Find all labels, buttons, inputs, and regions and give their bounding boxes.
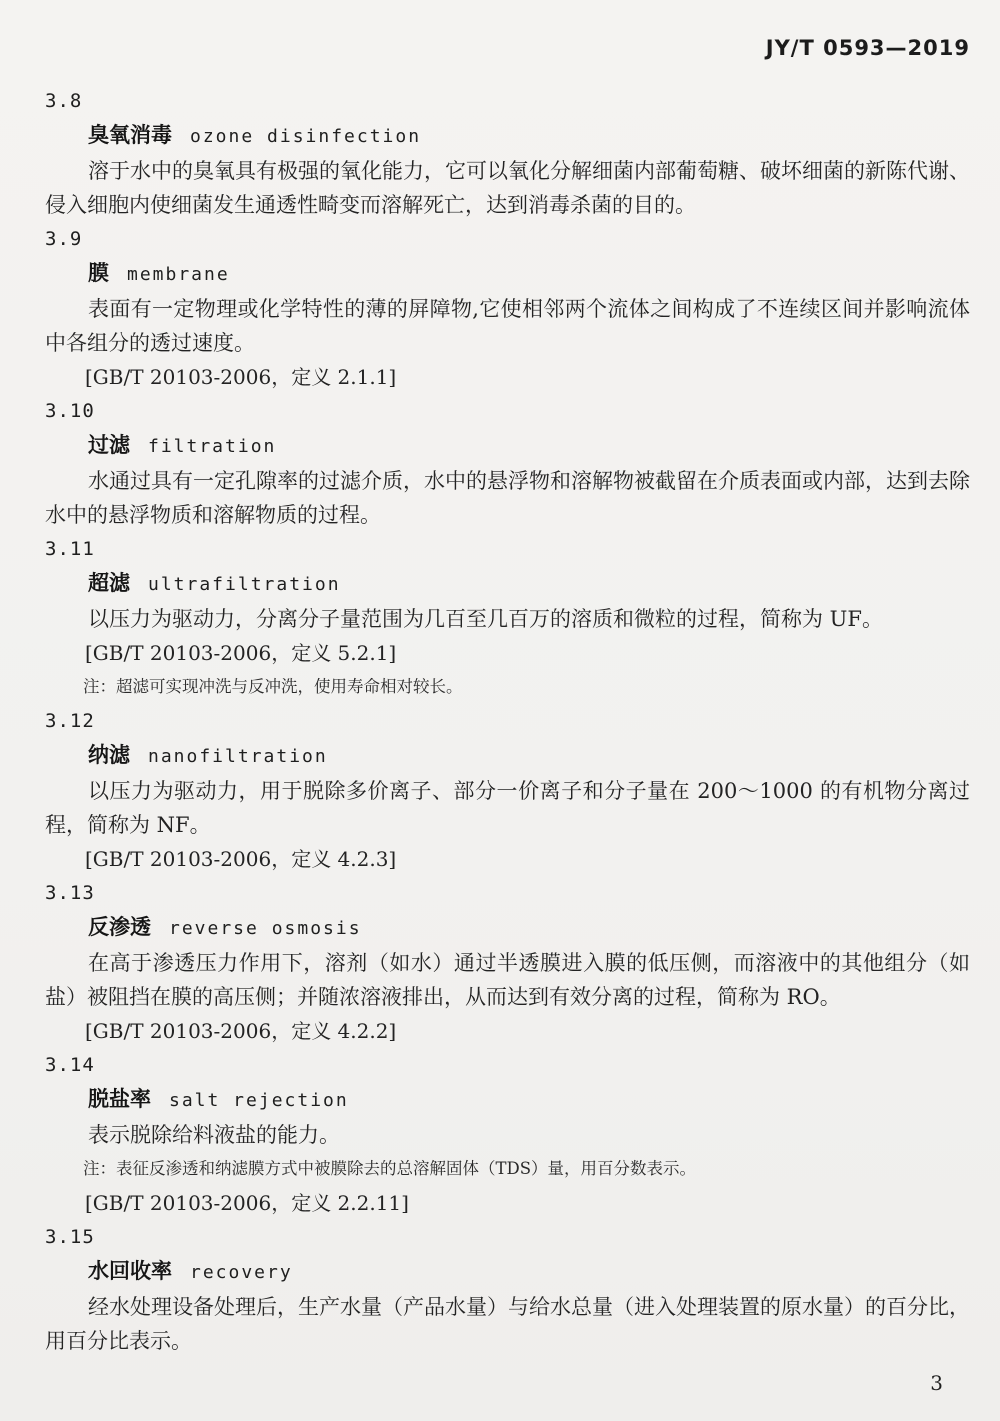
term-heading: 脱盐率salt rejection (45, 1082, 970, 1118)
term-heading: 反渗透reverse osmosis (45, 910, 970, 946)
term-section: 3.15 水回收率recovery 经水处理设备处理后，生产水量（产品水量）与给… (45, 1220, 970, 1358)
term-heading: 水回收率recovery (45, 1254, 970, 1290)
section-body: 表示脱除给料液盐的能力。注：表征反渗透和纳滤膜方式中被膜除去的总溶解固体（TDS… (45, 1118, 970, 1220)
document-page: JY/T 0593—2019 3.8 臭氧消毒ozone disinfectio… (0, 0, 1000, 1421)
source-reference: [GB/T 20103-2006，定义 4.2.3] (45, 842, 970, 876)
term-en-label: membrane (127, 264, 230, 285)
term-zh-label: 脱盐率 (88, 1087, 151, 1111)
term-heading: 纳滤nanofiltration (45, 738, 970, 774)
term-heading: 膜membrane (45, 256, 970, 292)
standard-number: JY/T 0593—2019 (766, 36, 970, 60)
definition-paragraph: 水通过具有一定孔隙率的过滤介质，水中的悬浮物和溶解物被截留在介质表面或内部，达到… (45, 464, 970, 532)
note-line: 注：超滤可实现冲洗与反冲洗，使用寿命相对较长。 (45, 670, 970, 704)
term-zh-label: 水回收率 (88, 1259, 172, 1283)
definition-paragraph: 表面有一定物理或化学特性的薄的屏障物,它使相邻两个流体之间构成了不连续区间并影响… (45, 292, 970, 360)
section-body: 以压力为驱动力，分离分子量范围为几百至几百万的溶质和微粒的过程，简称为 UF。[… (45, 602, 970, 704)
page-number: 3 (930, 1371, 943, 1395)
term-en-label: nanofiltration (148, 746, 328, 767)
term-heading: 超滤ultrafiltration (45, 566, 970, 602)
term-section: 3.13 反渗透reverse osmosis 在高于渗透压力作用下，溶剂（如水… (45, 876, 970, 1048)
definition-paragraph: 溶于水中的臭氧具有极强的氧化能力，它可以氧化分解细菌内部葡萄糖、破坏细菌的新陈代… (45, 154, 970, 222)
section-number: 3.14 (45, 1048, 970, 1082)
section-number: 3.11 (45, 532, 970, 566)
definition-paragraph: 表示脱除给料液盐的能力。 (45, 1118, 970, 1152)
section-number: 3.10 (45, 394, 970, 428)
term-en-label: ultrafiltration (148, 574, 341, 595)
term-section: 3.10 过滤filtration 水通过具有一定孔隙率的过滤介质，水中的悬浮物… (45, 394, 970, 532)
source-reference: [GB/T 20103-2006，定义 2.1.1] (45, 360, 970, 394)
source-reference: [GB/T 20103-2006，定义 2.2.11] (45, 1186, 970, 1220)
term-en-label: recovery (190, 1262, 293, 1283)
section-body: 溶于水中的臭氧具有极强的氧化能力，它可以氧化分解细菌内部葡萄糖、破坏细菌的新陈代… (45, 154, 970, 222)
definition-paragraph: 在高于渗透压力作用下，溶剂（如水）通过半透膜进入膜的低压侧，而溶液中的其他组分（… (45, 946, 970, 1014)
term-en-label: salt rejection (169, 1090, 349, 1111)
term-en-label: reverse osmosis (169, 918, 362, 939)
term-en-label: filtration (148, 436, 276, 457)
definition-paragraph: 以压力为驱动力，用于脱除多价离子、部分一价离子和分子量在 200～1000 的有… (45, 774, 970, 842)
section-body: 表面有一定物理或化学特性的薄的屏障物,它使相邻两个流体之间构成了不连续区间并影响… (45, 292, 970, 394)
note-line: 注：表征反渗透和纳滤膜方式中被膜除去的总溶解固体（TDS）量，用百分数表示。 (45, 1152, 970, 1186)
section-number: 3.13 (45, 876, 970, 910)
term-section: 3.11 超滤ultrafiltration 以压力为驱动力，分离分子量范围为几… (45, 532, 970, 704)
section-body: 经水处理设备处理后，生产水量（产品水量）与给水总量（进入处理装置的原水量）的百分… (45, 1290, 970, 1358)
term-heading: 臭氧消毒ozone disinfection (45, 118, 970, 154)
term-section: 3.9 膜membrane 表面有一定物理或化学特性的薄的屏障物,它使相邻两个流… (45, 222, 970, 394)
term-en-label: ozone disinfection (190, 126, 421, 147)
term-section: 3.14 脱盐率salt rejection 表示脱除给料液盐的能力。注：表征反… (45, 1048, 970, 1220)
source-reference: [GB/T 20103-2006，定义 5.2.1] (45, 636, 970, 670)
term-zh-label: 反渗透 (88, 915, 151, 939)
definition-paragraph: 经水处理设备处理后，生产水量（产品水量）与给水总量（进入处理装置的原水量）的百分… (45, 1290, 970, 1358)
section-number: 3.8 (45, 84, 970, 118)
term-section: 3.12 纳滤nanofiltration 以压力为驱动力，用于脱除多价离子、部… (45, 704, 970, 876)
section-body: 在高于渗透压力作用下，溶剂（如水）通过半透膜进入膜的低压侧，而溶液中的其他组分（… (45, 946, 970, 1048)
section-number: 3.12 (45, 704, 970, 738)
section-body: 水通过具有一定孔隙率的过滤介质，水中的悬浮物和溶解物被截留在介质表面或内部，达到… (45, 464, 970, 532)
term-zh-label: 过滤 (88, 433, 130, 457)
definition-paragraph: 以压力为驱动力，分离分子量范围为几百至几百万的溶质和微粒的过程，简称为 UF。 (45, 602, 970, 636)
sections: 3.8 臭氧消毒ozone disinfection 溶于水中的臭氧具有极强的氧… (45, 84, 970, 1358)
term-section: 3.8 臭氧消毒ozone disinfection 溶于水中的臭氧具有极强的氧… (45, 84, 970, 222)
term-zh-label: 纳滤 (88, 743, 130, 767)
source-reference: [GB/T 20103-2006，定义 4.2.2] (45, 1014, 970, 1048)
section-body: 以压力为驱动力，用于脱除多价离子、部分一价离子和分子量在 200～1000 的有… (45, 774, 970, 876)
term-zh-label: 超滤 (88, 571, 130, 595)
term-zh-label: 臭氧消毒 (88, 123, 172, 147)
term-zh-label: 膜 (88, 261, 109, 285)
section-number: 3.9 (45, 222, 970, 256)
section-number: 3.15 (45, 1220, 970, 1254)
term-heading: 过滤filtration (45, 428, 970, 464)
